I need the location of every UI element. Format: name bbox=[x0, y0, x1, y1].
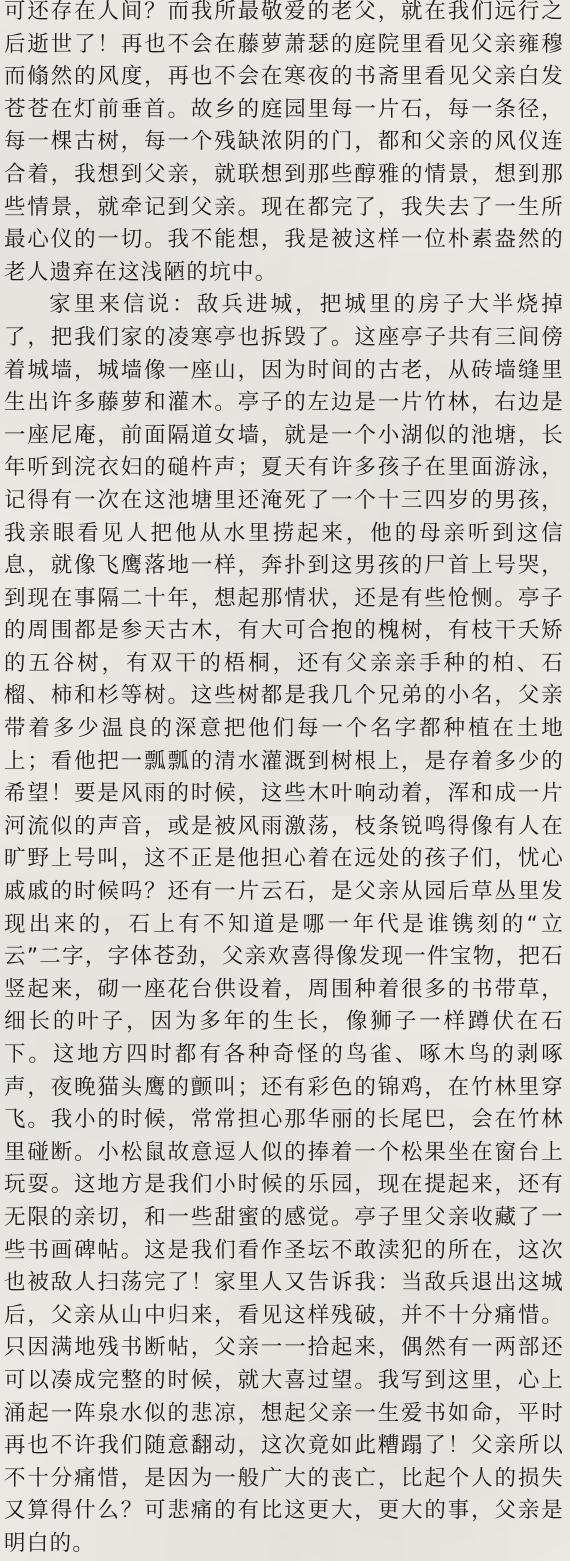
paragraph-2: 家里来信说：敌兵进城，把城里的房子大半烧掉了，把我们家的凌寒亭也拆毁了。这座亭子… bbox=[4, 289, 564, 816]
paragraph-1: 可还存在人间？而我所最敬爱的老父，就在我们远行之后逝世了！再也不会在藤萝萧瑟的庭… bbox=[4, 0, 564, 289]
scanned-text-page: 可还存在人间？而我所最敬爱的老父，就在我们远行之后逝世了！再也不会在藤萝萧瑟的庭… bbox=[4, 0, 564, 816]
